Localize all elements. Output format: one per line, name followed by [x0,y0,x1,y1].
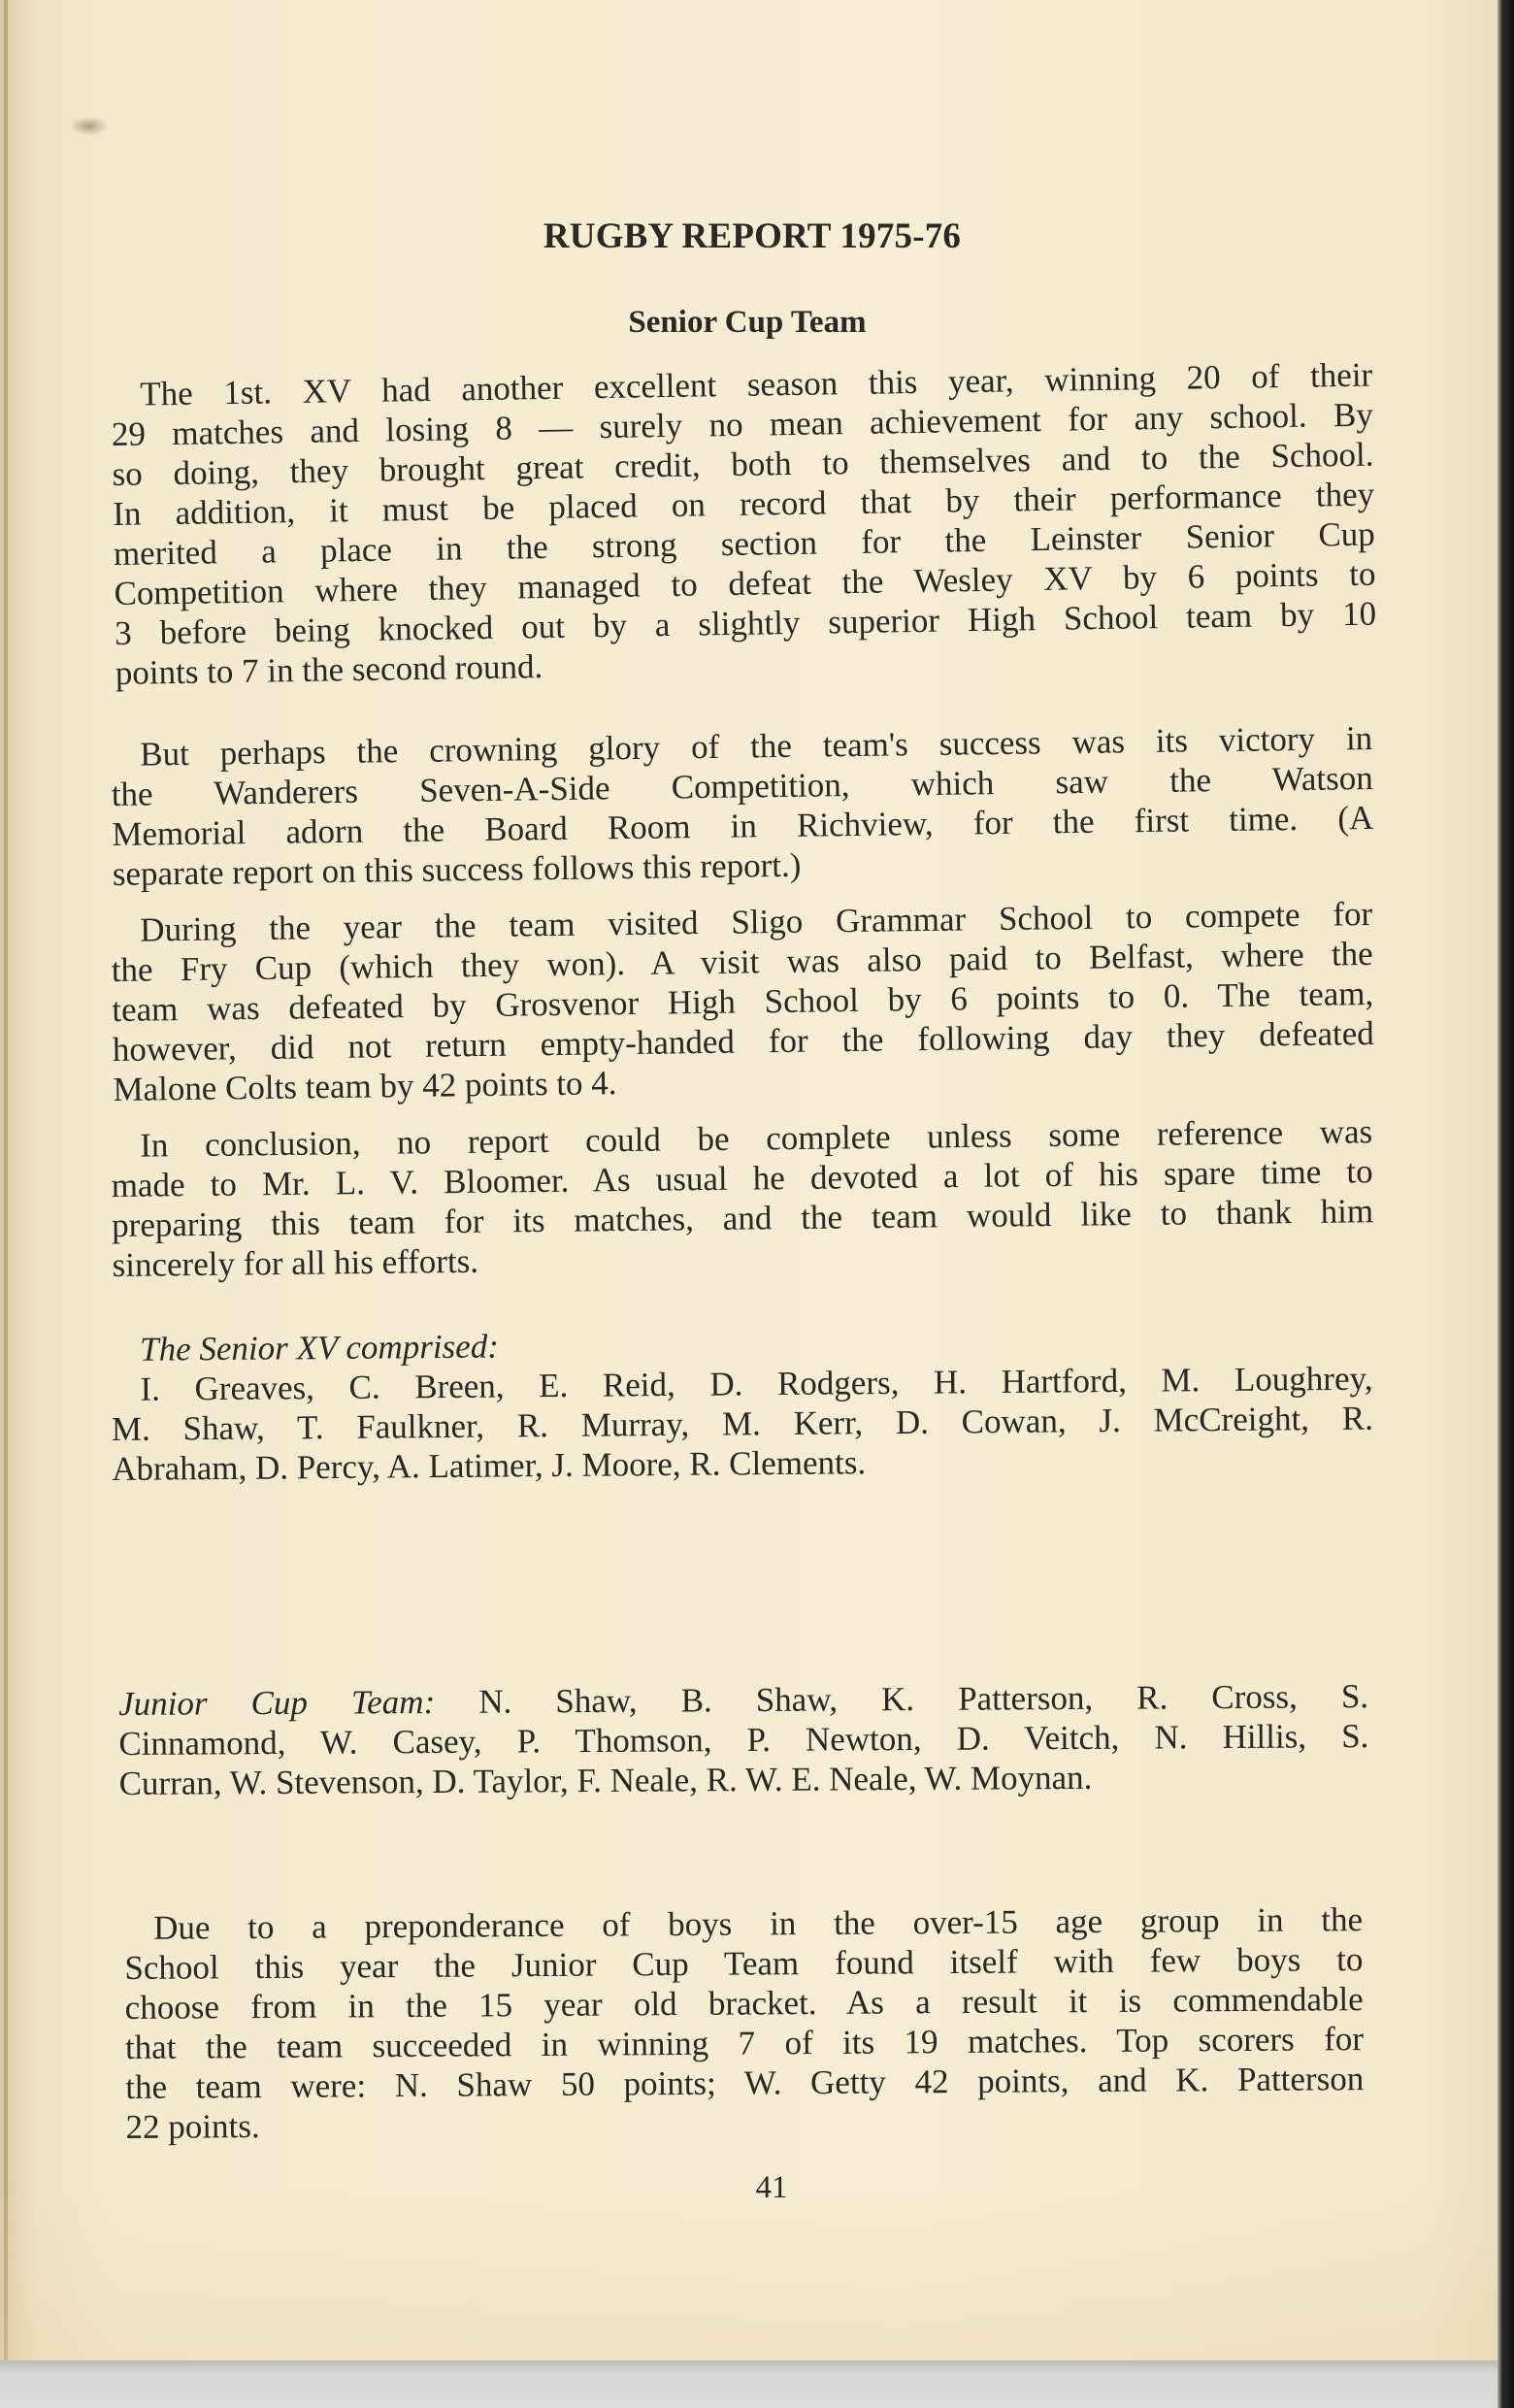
scan-right-edge [1498,0,1514,2408]
scan-bottom-margin [0,2360,1498,2408]
book-binding-edge [4,0,8,2360]
page-number: 41 [15,2170,1514,2206]
roster-line: Curran, W. Stevenson, D. Taylor, F. Neal… [119,1756,1369,1803]
page-title: RUGBY REPORT 1975-76 [0,215,1509,257]
paper-stain [70,116,109,136]
junior-cup-roster: Junior Cup Team: N. Shaw, B. Shaw, K. Pa… [118,1676,1369,1803]
senior-xv-roster: The Senior XV comprised: I. Greaves, C. … [111,1319,1373,1489]
paragraph-conclusion: In conclusion, no report could be comple… [111,1111,1374,1285]
section-heading-senior-cup: Senior Cup Team [0,305,1504,341]
junior-cup-label: Junior Cup Team: [118,1683,435,1723]
paragraph-junior-report: Due to a preponderance of boys in the ov… [124,1899,1365,2147]
paragraph-season-summary: The 1st. XV had another excellent season… [111,355,1377,693]
roster-line: Cinnamond, W. Casey, P. Thomson, P. Newt… [118,1716,1368,1764]
paragraph-tours: During the year the team visited Sligo G… [111,894,1375,1109]
roster-names: N. Shaw, B. Shaw, K. Patterson, R. Cross… [478,1677,1368,1721]
paragraph-sevens-victory: But perhaps the crowning glory of the te… [111,718,1374,894]
